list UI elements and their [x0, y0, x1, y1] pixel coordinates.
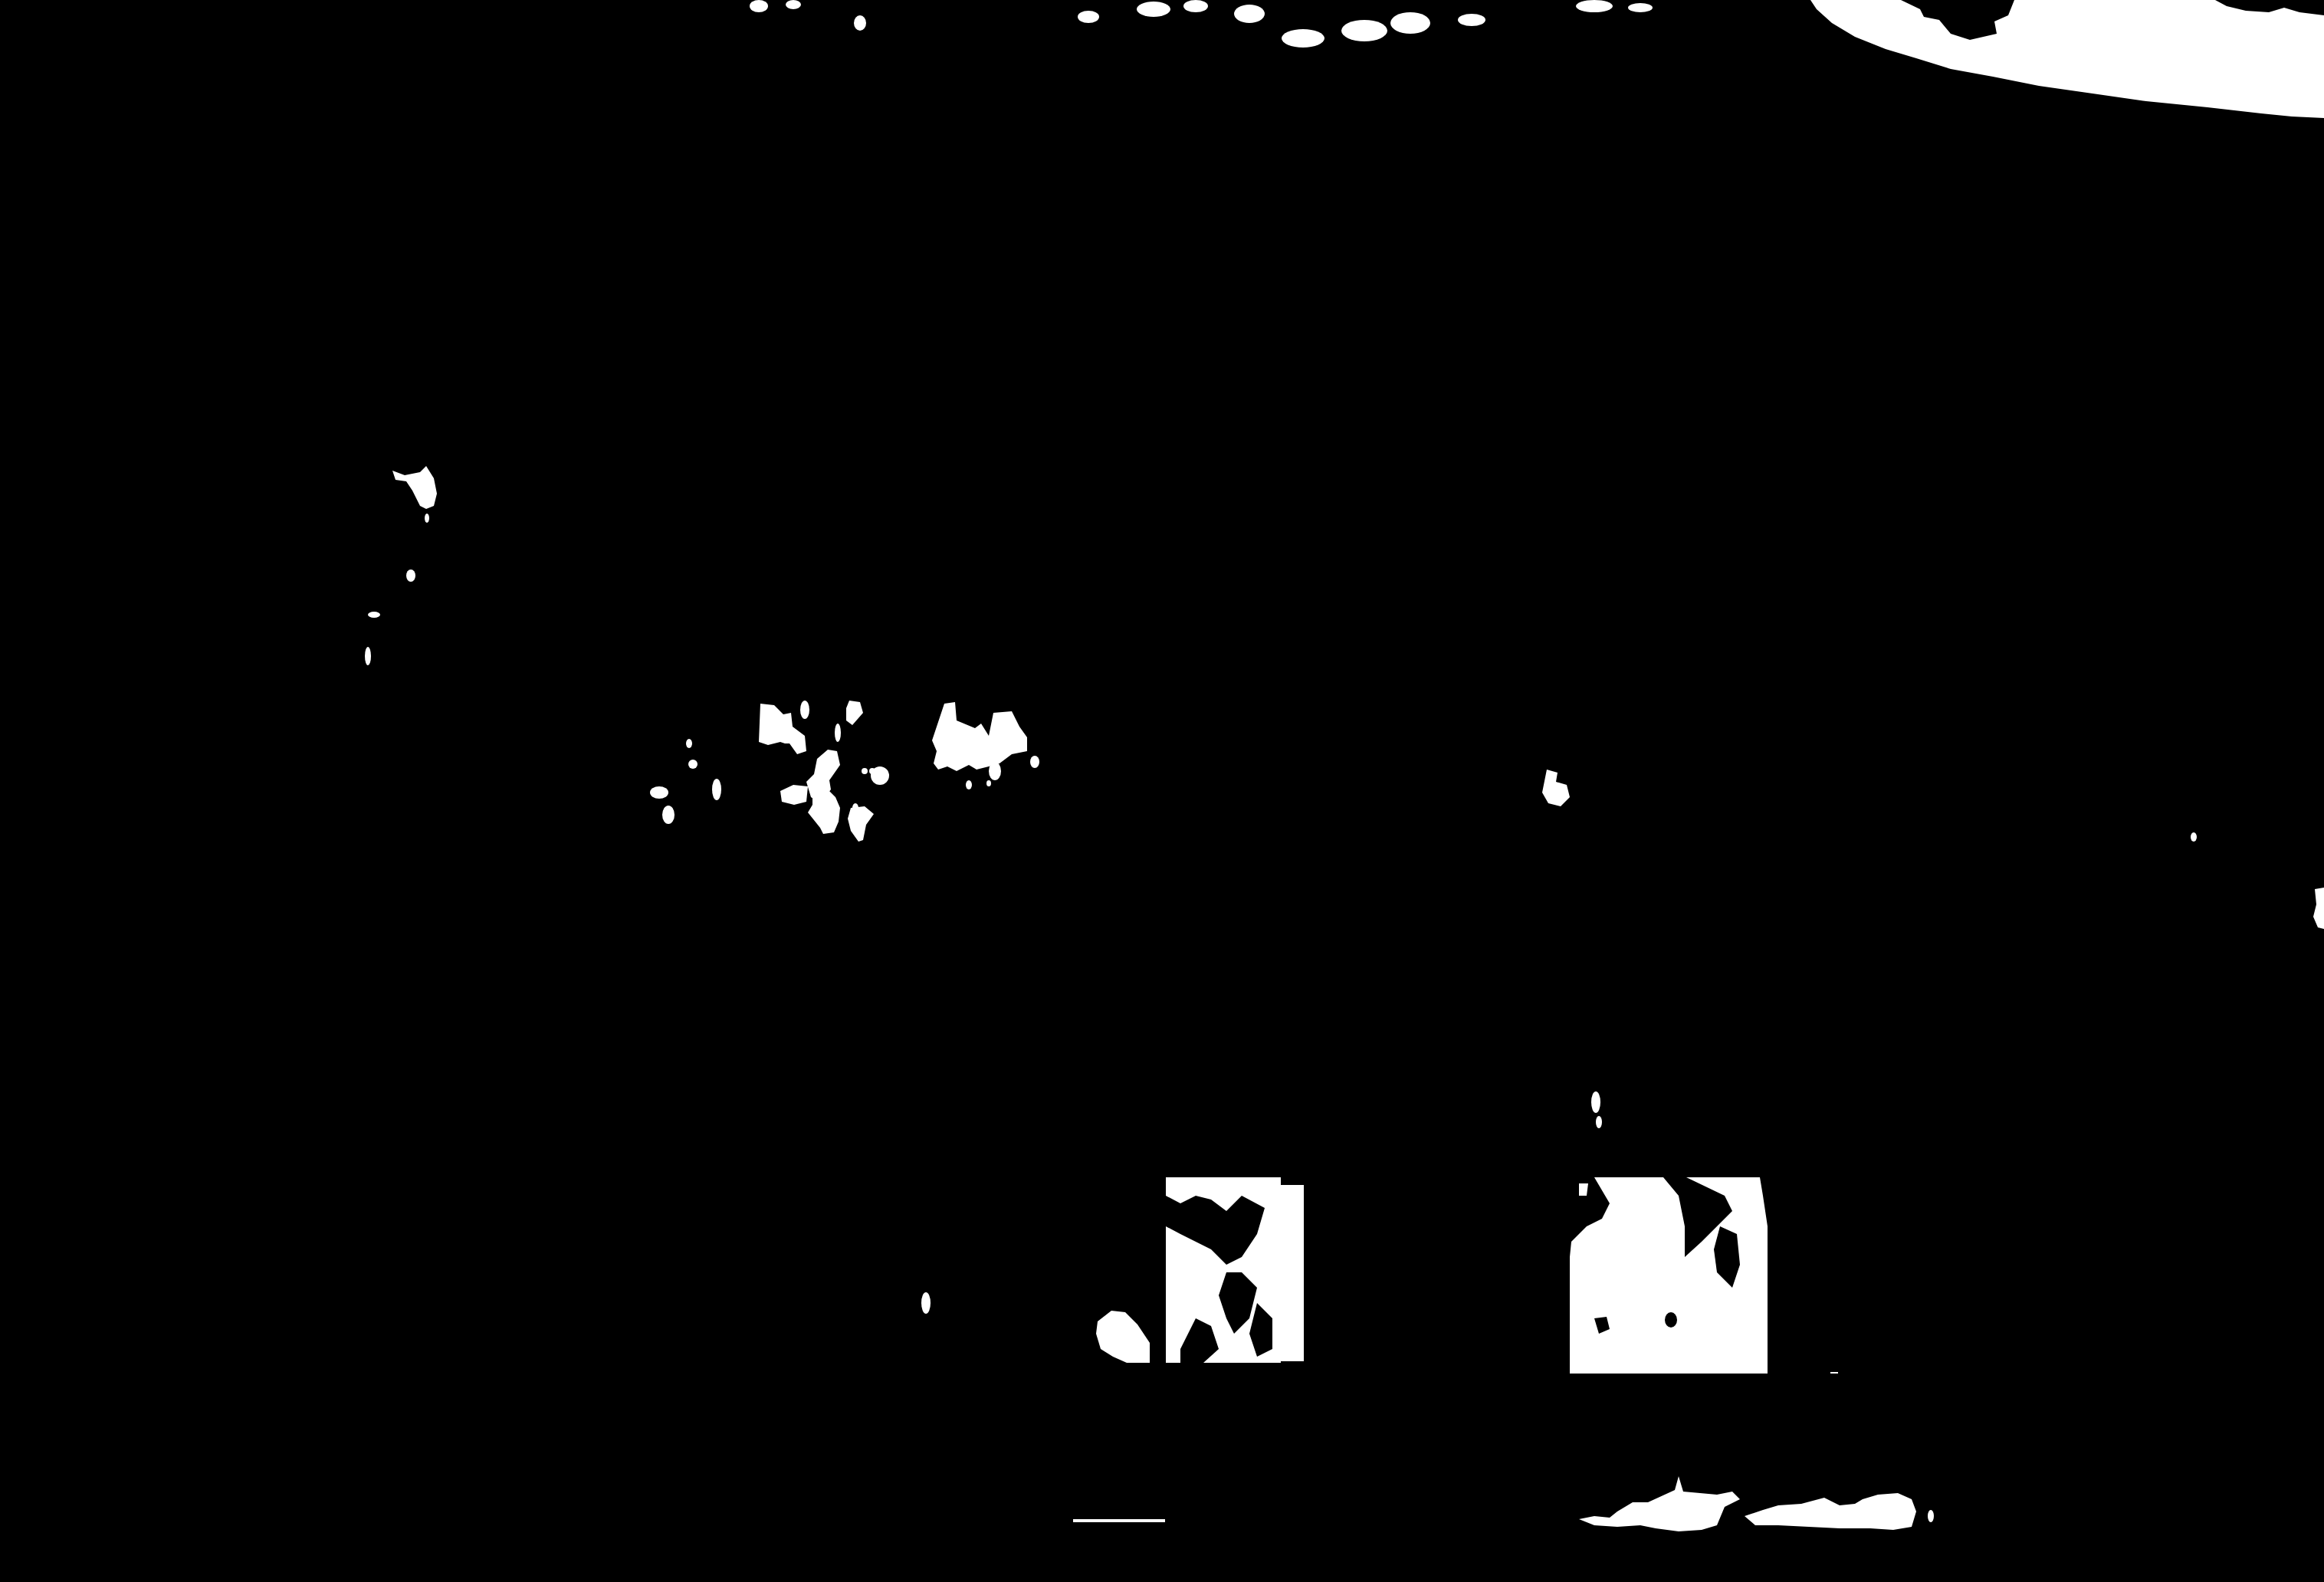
- mask-scene: [0, 0, 2324, 1582]
- misc-marks: [921, 1292, 931, 1314]
- background: [0, 0, 2324, 1582]
